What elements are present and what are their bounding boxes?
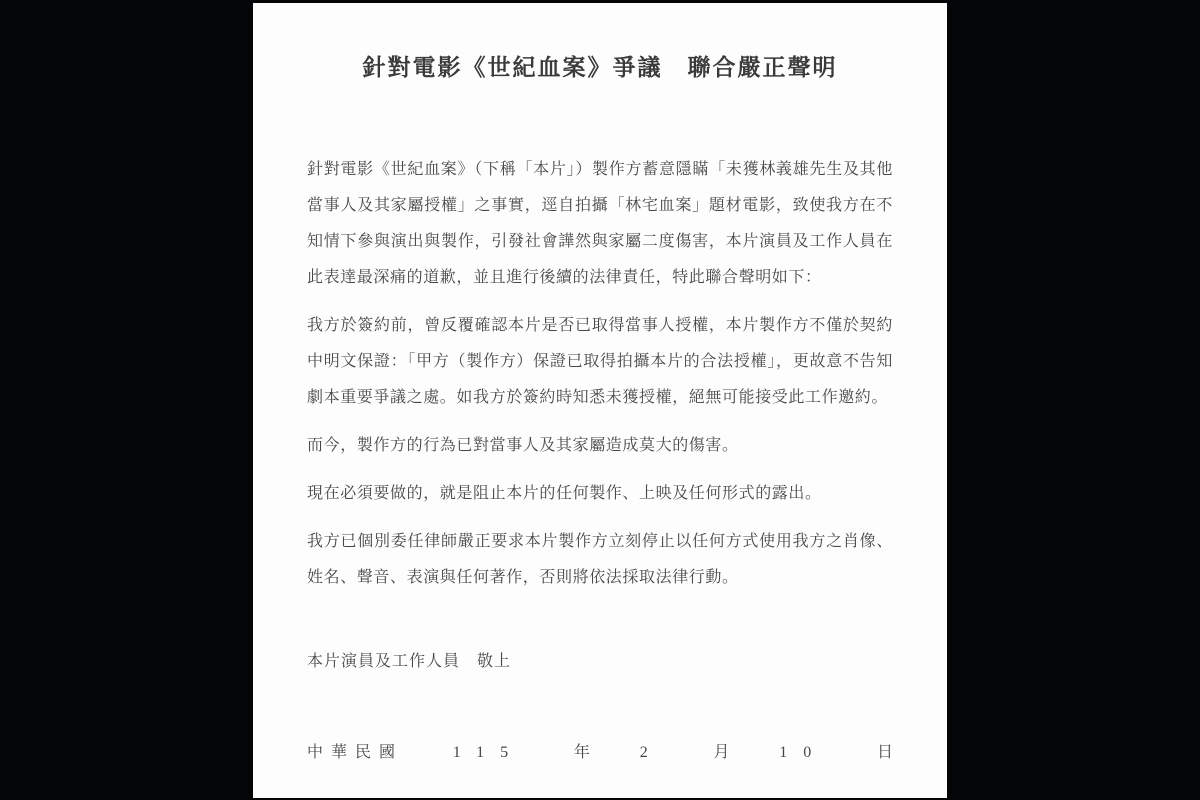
- statement-paragraph-2: 我方於簽約前，曾反覆確認本片是否已取得當事人授權，本片製作方不僅於契約中明文保證…: [307, 308, 893, 416]
- date-year-value: 115: [453, 738, 524, 768]
- date-era: 中華民國: [307, 738, 403, 768]
- statement-title: 針對電影《世紀血案》爭議 聯合嚴正聲明: [307, 53, 893, 82]
- statement-paragraph-5: 我方已個別委任律師嚴正要求本片製作方立刻停止以任何方式使用我方之肖像、姓名、聲音…: [307, 524, 893, 596]
- date-line: 中華民國 115 年 2 月 10 日: [307, 738, 893, 768]
- statement-document-page: 針對電影《世紀血案》爭議 聯合嚴正聲明 針對電影《世紀血案》（下稱「本片」）製作…: [253, 3, 947, 798]
- statement-paragraph-1: 針對電影《世紀血案》（下稱「本片」）製作方蓄意隱瞞「未獲林義雄先生及其他當事人及…: [307, 152, 893, 296]
- date-day-unit: 日: [877, 738, 893, 768]
- statement-paragraph-4: 現在必須要做的，就是阻止本片的任何製作、上映及任何形式的露出。: [307, 476, 893, 512]
- statement-body: 針對電影《世紀血案》（下稱「本片」）製作方蓄意隱瞞「未獲林義雄先生及其他當事人及…: [307, 152, 893, 608]
- signature-line: 本片演員及工作人員 敬上: [307, 644, 893, 680]
- date-month-unit: 月: [713, 738, 729, 768]
- date-year-unit: 年: [574, 738, 590, 768]
- date-day-value: 10: [779, 738, 827, 768]
- date-month-value: 2: [640, 738, 664, 768]
- statement-paragraph-3: 而今，製作方的行為已對當事人及其家屬造成莫大的傷害。: [307, 428, 893, 464]
